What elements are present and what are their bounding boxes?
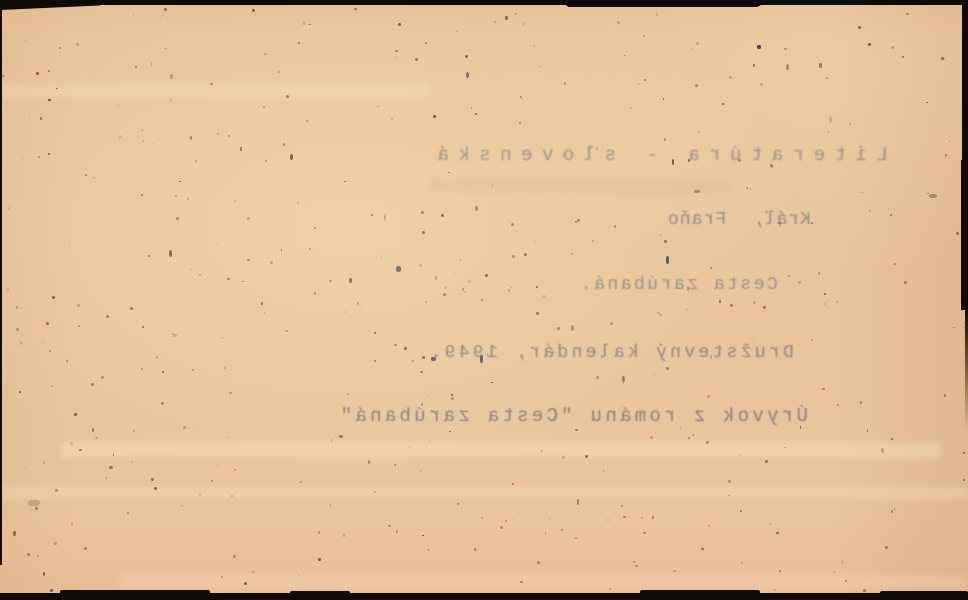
paper-speckle [443, 293, 446, 296]
paper-speckle [361, 309, 362, 310]
paper-speckle [409, 447, 410, 448]
paper-speckle [195, 160, 197, 162]
paper-speckle [845, 580, 847, 582]
paper-speckle [943, 58, 944, 59]
paper-speckle [688, 437, 690, 439]
paper-speckle [309, 24, 310, 25]
paper-speckle [867, 430, 868, 431]
paper-speckle [210, 83, 213, 86]
paper-speckle [37, 555, 39, 557]
paper-speckle [211, 480, 213, 482]
paper-speckle [27, 553, 30, 556]
paper-speckle [286, 95, 289, 98]
paper-speckle [172, 333, 174, 335]
paper-speckle [290, 154, 293, 160]
paper-speckle [78, 325, 80, 327]
paper-shadow-band [430, 180, 730, 192]
paper-speckle [95, 437, 98, 440]
paper-speckle [298, 575, 300, 577]
paper-speckle [693, 434, 694, 435]
paper-speckle [462, 288, 465, 291]
paper-speckle [229, 392, 231, 394]
paper-speckle [228, 437, 230, 439]
paper-speckle [148, 255, 150, 257]
paper-speckle [511, 223, 514, 226]
paper-speckle [776, 532, 778, 534]
paper-speckle [765, 460, 768, 463]
paper-speckle [421, 211, 424, 214]
paper-speckle [541, 450, 543, 452]
paper-speckle [564, 82, 566, 84]
paper-speckle [422, 535, 424, 537]
paper-speckle [2, 75, 4, 77]
paper-speckle [945, 154, 947, 156]
paper-speckle [894, 263, 896, 265]
paper-speckle [673, 570, 675, 572]
paper-speckle [133, 430, 135, 432]
paper-speckle [520, 581, 523, 584]
paper-speckle [76, 43, 79, 46]
scan-edge-top-left-wedge [0, 0, 108, 10]
paper-speckle [224, 557, 225, 558]
paper-speckle [420, 371, 422, 373]
paper-speckle [395, 50, 397, 52]
paper-speckle [331, 439, 332, 441]
paper-speckle [309, 248, 311, 250]
paper-speckle [571, 253, 573, 255]
paper-speckle [630, 107, 632, 109]
paper-speckle [740, 510, 742, 512]
paper-speckle [261, 302, 263, 304]
paper-speckle [539, 66, 540, 67]
paper-speckle [537, 561, 540, 564]
paper-speckle [142, 326, 144, 328]
paper-speckle [151, 63, 152, 64]
paper-speckle [374, 360, 376, 362]
paper-speckle [176, 217, 179, 220]
paper-speckle [666, 367, 669, 370]
paper-speckle [784, 48, 786, 50]
paper-speckle [425, 301, 427, 303]
paper-speckle [183, 426, 186, 429]
scan-edge-bottom-ragged [880, 591, 968, 593]
paper-speckle [641, 517, 643, 519]
paper-speckle [811, 339, 813, 341]
paper-speckle [429, 439, 430, 440]
scan-edge-right [962, 0, 968, 160]
paper-speckle [154, 487, 157, 490]
scan-edge-bottom [0, 593, 968, 600]
paper-speckle [698, 131, 700, 133]
paper-speckle [664, 138, 666, 140]
paper-speckle [344, 181, 346, 183]
typewritten-line-note: Úryvok z románu "Cesta zarúbaná" [336, 403, 808, 429]
paper-speckle [926, 102, 927, 103]
paper-speckle [624, 55, 625, 56]
paper-speckle [779, 570, 781, 572]
paper-speckle [79, 449, 82, 452]
paper-speckle [522, 98, 524, 100]
paper-speckle [753, 64, 756, 67]
paper-speckle [891, 46, 894, 49]
paper-speckle [339, 435, 342, 438]
paper-speckle [691, 48, 692, 49]
paper-speckle [722, 103, 724, 105]
paper-speckle [906, 13, 909, 16]
paper-speckle [170, 74, 173, 80]
paper-speckle [428, 549, 430, 551]
paper-speckle [786, 64, 789, 70]
paper-speckle [561, 529, 563, 531]
paper-speckle [127, 512, 129, 514]
paper-speckle [523, 23, 524, 24]
paper-speckle [92, 428, 94, 432]
paper-speckle [549, 518, 550, 519]
paper-speckle [695, 84, 698, 87]
paper-speckle [945, 157, 946, 158]
paper-speckle [868, 43, 871, 46]
paper-speckle [152, 143, 153, 144]
paper-speckle [247, 259, 250, 262]
paper-light-band [0, 487, 968, 499]
paper-speckle [244, 582, 247, 585]
paper-speckle [471, 107, 473, 109]
paper-speckle [609, 588, 611, 590]
paper-speckle [135, 66, 137, 68]
paper-speckle [25, 468, 26, 469]
paper-speckle [468, 280, 471, 283]
paper-speckle [746, 187, 748, 189]
paper-speckle [770, 524, 771, 525]
paper-speckle [228, 135, 230, 137]
paper-speckle [234, 469, 236, 471]
paper-speckle [357, 302, 360, 305]
paper-speckle [621, 505, 623, 507]
paper-speckle [829, 116, 832, 122]
paper-speckle [643, 35, 645, 37]
paper-speckle [118, 105, 119, 106]
paper-speckle [826, 77, 828, 79]
paper-speckle [106, 315, 109, 318]
paper-speckle [858, 26, 861, 29]
scan-edge-bottom-ragged [290, 591, 350, 593]
paper-speckle [179, 181, 181, 183]
paper-speckle [222, 337, 224, 339]
paper-speckle [428, 396, 429, 397]
paper-speckle [264, 53, 267, 56]
paper-speckle [519, 512, 520, 513]
paper-speckle [929, 194, 937, 198]
paper-speckle [349, 278, 352, 284]
paper-speckle [36, 72, 39, 75]
paper-speckle [535, 241, 536, 242]
paper-speckle [623, 382, 624, 383]
paper-speckle [452, 77, 453, 78]
paper-speckle [297, 202, 299, 204]
paper-speckle [264, 312, 265, 313]
paper-speckle [366, 214, 367, 215]
paper-speckle [28, 500, 40, 506]
paper-speckle [656, 13, 658, 15]
paper-speckle [74, 413, 77, 416]
paper-speckle [435, 276, 437, 280]
paper-speckle [860, 401, 862, 403]
paper-speckle [660, 314, 662, 316]
paper-speckle [35, 507, 38, 510]
paper-light-band [0, 84, 430, 98]
paper-speckle [749, 134, 750, 135]
paper-speckle [233, 555, 236, 558]
paper-speckle [394, 464, 396, 466]
paper-speckle [51, 385, 53, 387]
paper-speckle [394, 344, 397, 347]
paper-speckle [374, 491, 376, 493]
paper-speckle [398, 23, 401, 26]
paper-speckle [395, 57, 396, 58]
paper-speckle [819, 63, 822, 68]
paper-speckle [774, 589, 775, 590]
paper-speckle [904, 281, 907, 284]
paper-speckle [707, 395, 710, 398]
paper-speckle [519, 122, 520, 123]
paper-speckle [261, 178, 262, 179]
paper-light-band [60, 442, 940, 458]
scanned-paper-sheet: Literatúra - slovenská Kráľ, Fraňo Cesta… [0, 0, 968, 600]
paper-speckle [13, 531, 16, 537]
paper-speckle [500, 526, 503, 529]
scan-edge-right [961, 160, 968, 310]
paper-speckle [623, 516, 626, 519]
paper-speckle [728, 480, 731, 483]
paper-speckle [19, 391, 21, 393]
paper-speckle [836, 301, 838, 303]
paper-speckle [119, 135, 122, 138]
paper-speckle [71, 523, 73, 525]
paper-speckle [536, 286, 538, 288]
paper-speckle [109, 466, 113, 469]
paper-speckle [706, 441, 708, 443]
paper-speckle [596, 376, 599, 379]
paper-speckle [502, 72, 503, 73]
scan-edge-top-middle [560, 0, 770, 7]
paper-speckle [524, 253, 527, 256]
paper-speckle [29, 117, 30, 118]
paper-speckle [24, 40, 26, 42]
paper-speckle [283, 143, 286, 146]
paper-speckle [318, 558, 321, 561]
paper-speckle [652, 516, 655, 519]
paper-speckle [231, 495, 233, 497]
paper-speckle [48, 70, 50, 72]
paper-speckle [828, 131, 829, 132]
paper-speckle [660, 234, 662, 236]
paper-speckle [849, 123, 850, 124]
paper-speckle [891, 438, 893, 440]
paper-speckle [793, 256, 794, 257]
paper-speckle [404, 347, 406, 349]
paper-speckle [412, 360, 414, 362]
scan-edge-left [0, 0, 2, 565]
paper-speckle [828, 481, 830, 483]
paper-speckle [963, 452, 965, 454]
paper-speckle [474, 548, 476, 550]
paper-speckle [710, 267, 711, 268]
paper-speckle [43, 461, 46, 464]
paper-speckle [436, 251, 437, 252]
paper-speckle [451, 397, 454, 400]
paper-speckle [221, 576, 223, 578]
paper-speckle [187, 198, 189, 200]
paper-speckle [192, 369, 194, 371]
paper-speckle [644, 79, 646, 81]
paper-speckle [475, 113, 477, 115]
paper-speckle [909, 314, 910, 315]
paper-speckle [165, 48, 166, 49]
paper-speckle [252, 9, 255, 12]
paper-speckle [545, 532, 546, 535]
paper-speckle [664, 240, 667, 243]
paper-speckle [451, 394, 453, 396]
paper-speckle [729, 76, 732, 79]
paper-speckle [757, 45, 761, 49]
paper-speckle [441, 214, 444, 217]
paper-speckle [491, 382, 493, 384]
paper-speckle [485, 274, 488, 277]
paper-speckle [863, 589, 866, 592]
paper-speckle [520, 96, 522, 98]
paper-speckle [303, 21, 305, 25]
paper-speckle [719, 300, 722, 303]
paper-speckle [575, 538, 576, 539]
paper-speckle [885, 546, 888, 549]
paper-speckle [515, 13, 516, 14]
paper-speckle [77, 304, 80, 307]
paper-speckle [181, 505, 183, 507]
paper-speckle [708, 525, 710, 527]
paper-speckle [217, 465, 218, 466]
paper-speckle [610, 322, 613, 325]
paper-speckle [84, 547, 87, 550]
paper-speckle [753, 301, 756, 304]
paper-speckle [890, 214, 892, 216]
paper-speckle [728, 495, 730, 497]
paper-speckle [592, 240, 594, 242]
paper-speckle [300, 481, 302, 483]
paper-speckle [511, 287, 512, 288]
paper-speckle [20, 341, 22, 345]
paper-speckle [650, 436, 653, 439]
paper-speckle [448, 172, 450, 174]
paper-speckle [217, 244, 218, 245]
paper-speckle [575, 429, 578, 432]
paper-speckle [38, 156, 40, 158]
paper-speckle [419, 264, 422, 267]
paper-speckle [345, 311, 346, 312]
paper-speckle [169, 250, 172, 256]
paper-speckle [449, 431, 450, 432]
paper-speckle [956, 232, 959, 235]
paper-speckle [55, 489, 57, 491]
paper-speckle [466, 72, 469, 78]
scan-edge-top [0, 0, 968, 5]
paper-speckle [941, 57, 944, 60]
paper-speckle [508, 289, 510, 291]
paper-speckle [377, 106, 379, 108]
paper-speckle [56, 88, 58, 90]
paper-speckle [788, 275, 790, 277]
paper-speckle [834, 572, 836, 574]
paper-speckle [536, 312, 539, 315]
paper-speckle [306, 120, 308, 122]
paper-speckle [52, 296, 55, 299]
paper-speckle [175, 195, 177, 197]
paper-speckle [763, 306, 766, 309]
paper-speckle [657, 312, 659, 314]
paper-speckle [749, 188, 751, 190]
paper-speckle [902, 56, 904, 58]
paper-speckle [701, 548, 704, 551]
paper-speckle [963, 479, 965, 481]
paper-speckle [85, 174, 86, 175]
paper-speckle [16, 306, 18, 310]
paper-speckle [638, 83, 640, 85]
paper-speckle [278, 71, 280, 73]
paper-speckle [16, 328, 19, 331]
paper-speckle [575, 221, 577, 223]
paper-speckle [59, 52, 61, 54]
paper-speckle [465, 55, 468, 58]
scan-edge-bottom-ragged [640, 590, 760, 593]
paper-speckle [445, 287, 447, 289]
paper-speckle [869, 210, 871, 212]
paper-speckle [391, 118, 393, 120]
paper-speckle [420, 470, 423, 473]
paper-speckle [270, 261, 273, 264]
paper-speckle [543, 295, 546, 298]
paper-speckle [70, 442, 73, 445]
paper-speckle [456, 31, 457, 32]
paper-speckle [69, 242, 70, 243]
paper-speckle [643, 532, 645, 534]
paper-light-band [120, 575, 968, 589]
paper-speckle [164, 8, 166, 10]
paper-speckle [663, 98, 665, 100]
paper-speckle [242, 281, 244, 283]
paper-speckle [191, 269, 192, 270]
paper-speckle [314, 292, 315, 295]
paper-speckle [760, 83, 763, 86]
paper-speckle [953, 327, 954, 328]
paper-speckle [422, 231, 425, 234]
paper-speckle [190, 136, 192, 141]
paper-speckle [298, 42, 300, 44]
paper-speckle [160, 18, 161, 19]
paper-speckle [199, 494, 202, 497]
paper-speckle [577, 499, 580, 505]
paper-speckle [891, 510, 894, 513]
paper-speckle [686, 309, 687, 310]
paper-speckle [240, 147, 241, 150]
paper-speckle [91, 383, 94, 386]
paper-speckle [881, 448, 884, 453]
typewritten-line-title: Cesta zarúbaná. [573, 272, 778, 298]
paper-speckle [457, 503, 459, 505]
paper-speckle [396, 530, 399, 533]
paper-speckle [927, 193, 928, 194]
paper-speckle [505, 520, 507, 522]
paper-speckle [603, 470, 605, 472]
paper-speckle [822, 388, 825, 391]
